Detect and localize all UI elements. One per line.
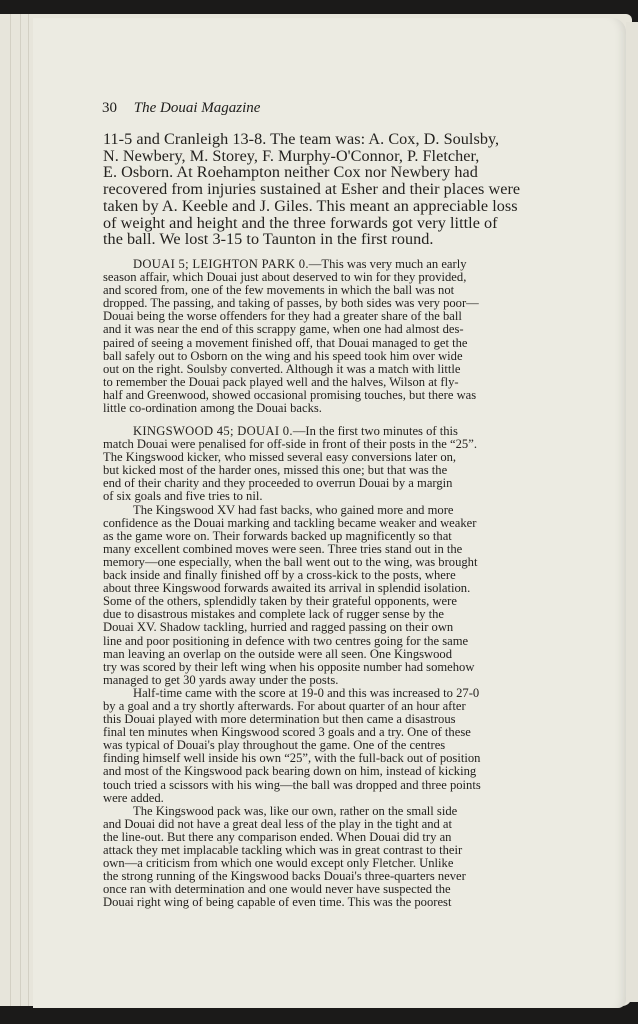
text-line: man leaving an overlap on the outside we…: [103, 648, 567, 661]
text-line: managed to get 30 yards away under the p…: [103, 674, 567, 687]
text-line: of six goals and five tries to nil.: [103, 490, 567, 503]
intro-paragraph: 11-5 and Cranleigh 13-8. The team was: A…: [103, 131, 567, 248]
text-line: were added.: [103, 792, 567, 805]
text-line: line and poor positioning in defence wit…: [103, 635, 567, 648]
magazine-title: The Douai Magazine: [134, 100, 261, 116]
page-number: 30: [102, 100, 117, 116]
page-edge: [28, 14, 29, 1006]
paragraph: Half-time came with the score at 19-0 an…: [103, 687, 567, 805]
text-line: to remember the Douai pack played well a…: [103, 376, 567, 389]
text-line: confidence as the Douai marking and tack…: [103, 517, 567, 530]
match-report-leighton-park: DOUAI 5; LEIGHTON PARK 0.—This was very …: [103, 258, 567, 415]
text-line: Half-time came with the score at 19-0 an…: [103, 687, 567, 700]
text-line: little co-ordination among the Douai bac…: [103, 402, 567, 415]
text-line: out on the right. Soulsby converted. Alt…: [103, 363, 567, 376]
paragraph: DOUAI 5; LEIGHTON PARK 0.—This was very …: [103, 258, 567, 415]
text-line: The Kingswood XV had fast backs, who gai…: [103, 504, 567, 517]
running-header: 30 The Douai Magazine: [102, 100, 260, 117]
page-edge: [10, 14, 11, 1006]
text-line: and Douai did not have a great deal less…: [103, 818, 567, 831]
facing-page-edge: [626, 22, 638, 1002]
text-line: ball safely out to Osborn on the wing an…: [103, 350, 567, 363]
paragraph: KINGSWOOD 45; DOUAI 0.—In the first two …: [103, 425, 567, 504]
text-line: paired of seeing a movement finished off…: [103, 337, 567, 350]
text-line: Douai XV. Shadow tackling, hurried and r…: [103, 621, 567, 634]
text-line: as the game wore on. Their forwards back…: [103, 530, 567, 543]
text-line: E. Osborn. At Roehampton neither Cox nor…: [103, 164, 567, 181]
match-heading: DOUAI 5; LEIGHTON PARK 0.: [133, 257, 309, 271]
match-report-kingswood: KINGSWOOD 45; DOUAI 0.—In the first two …: [103, 425, 567, 909]
text-line: The Kingswood pack was, like our own, ra…: [103, 805, 567, 818]
text-line: N. Newbery, M. Storey, F. Murphy-O'Conno…: [103, 148, 567, 165]
text-line: recovered from injuries sustained at Esh…: [103, 181, 567, 198]
text-line: Douai right wing of being capable of eve…: [103, 896, 567, 909]
match-heading: KINGSWOOD 45; DOUAI 0.: [133, 424, 293, 438]
text-line: and it was near the end of this scrappy …: [103, 323, 567, 336]
text-line: try was scored by their left wing when h…: [103, 661, 567, 674]
paragraph: The Kingswood XV had fast backs, who gai…: [103, 504, 567, 687]
text-line: taken by A. Keeble and J. Giles. This me…: [103, 198, 567, 215]
text-line: the ball. We lost 3-15 to Taunton in the…: [103, 231, 567, 248]
text-line: and most of the Kingswood pack bearing d…: [103, 765, 567, 778]
paragraph: The Kingswood pack was, like our own, ra…: [103, 805, 567, 910]
text-line: many excellent combined moves were seen.…: [103, 543, 567, 556]
text-line: of weight and height and the three forwa…: [103, 215, 567, 232]
text-line: touch tried a scissors with his wing—the…: [103, 779, 567, 792]
text-line: 11-5 and Cranleigh 13-8. The team was: A…: [103, 131, 567, 148]
page-edge: [20, 14, 21, 1006]
